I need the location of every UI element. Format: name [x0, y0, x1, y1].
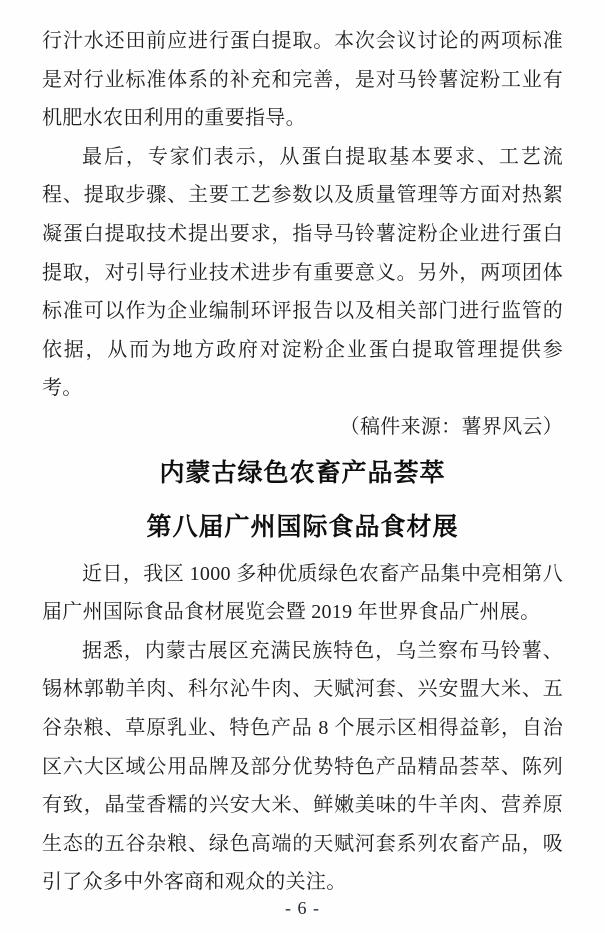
document-page: 行汁水还田前应进行蛋白提取。本次会议讨论的两项标准是对行业标准体系的补充和完善，…: [0, 0, 605, 933]
article-title-line-2: 第八届广州国际食品食材展: [42, 501, 563, 555]
page-number: - 6 -: [0, 897, 605, 919]
source-attribution: （稿件来源：薯界风云）: [42, 408, 563, 447]
paragraph-continuation: 行汁水还田前应进行蛋白提取。本次会议讨论的两项标准是对行业标准体系的补充和完善，…: [42, 22, 563, 138]
article-title-line-1: 内蒙古绿色农畜产品荟萃: [42, 447, 563, 501]
paragraph-expo-intro: 近日，我区 1000 多种优质绿色农畜产品集中亮相第八届广州国际食品食材展览会暨…: [42, 555, 563, 632]
paragraph-expert-remarks: 最后，专家们表示，从蛋白提取基本要求、工艺流程、提取步骤、主要工艺参数以及质量管…: [42, 138, 563, 408]
paragraph-exhibit-details: 据悉，内蒙古展区充满民族特色，乌兰察布马铃薯、锡林郭勒羊肉、科尔沁牛肉、天赋河套…: [42, 632, 563, 902]
